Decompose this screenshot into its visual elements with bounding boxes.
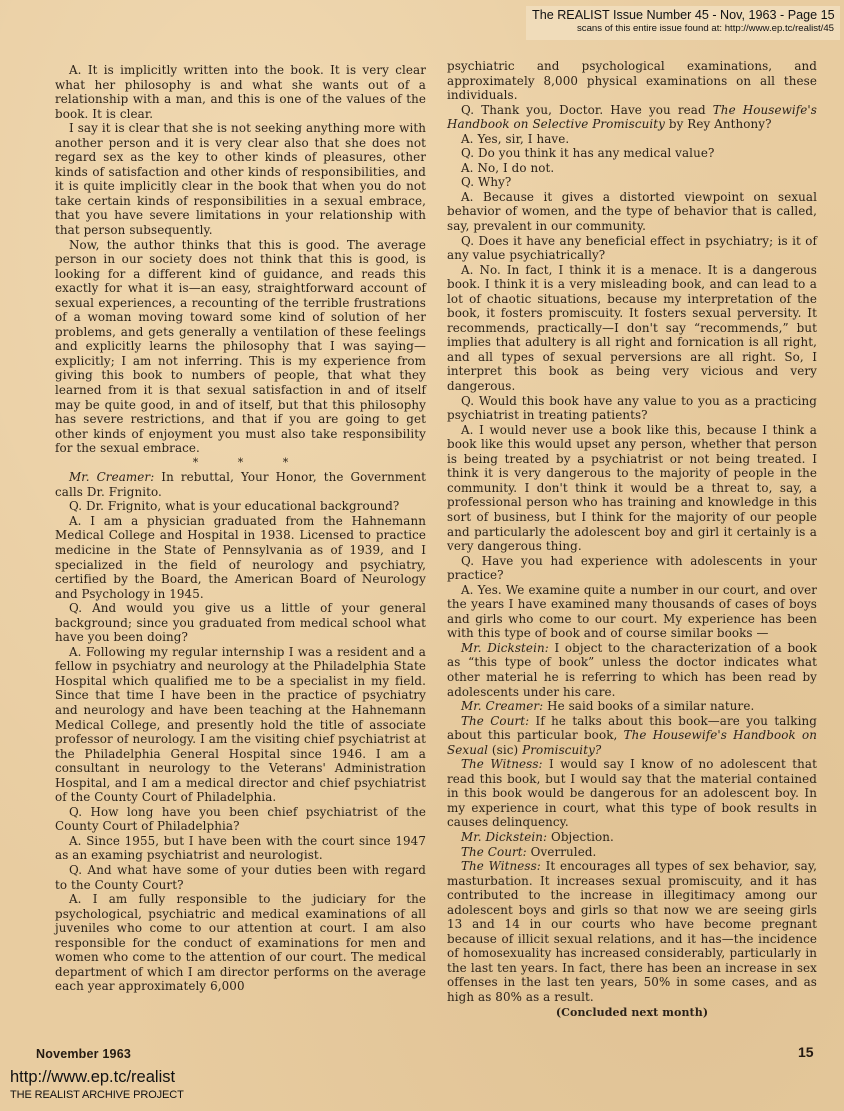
- exchange: Q. Do you think it has any medical value…: [447, 146, 817, 161]
- testimony-court: The Court: If he talks about this book—a…: [447, 714, 817, 758]
- question: Q. How long have you been chief psychiat…: [55, 805, 426, 834]
- speaker-label: The Court:: [461, 845, 527, 859]
- exchange: A. No. In fact, I think it is a menace. …: [447, 263, 817, 394]
- archive-url-link[interactable]: http://www.ep.tc/realist: [10, 1068, 175, 1087]
- exchange: A. Yes, sir, I have.: [447, 132, 817, 147]
- issue-header-title: The REALIST Issue Number 45 - Nov, 1963 …: [532, 8, 834, 23]
- speaker-label: The Court:: [461, 714, 529, 728]
- left-column: A. It is implicitly written into the boo…: [55, 63, 426, 994]
- issue-header-subtitle: scans of this entire issue found at: htt…: [532, 23, 834, 35]
- exchange: A. Because it gives a distorted viewpoin…: [447, 190, 817, 234]
- testimony-witness: The Witness: It encourages all types of …: [447, 859, 817, 1004]
- answer: A. I am fully responsible to the judicia…: [55, 892, 426, 994]
- answer: A. Following my regular internship I was…: [55, 645, 426, 805]
- testimony-court-ruling: The Court: Overruled.: [447, 845, 817, 860]
- paragraph: A. It is implicitly written into the boo…: [55, 63, 426, 121]
- archive-project-name: THE REALIST ARCHIVE PROJECT: [10, 1089, 184, 1101]
- concluded-notice: (Concluded next month): [447, 1005, 817, 1020]
- question: Q. And would you give us a little of you…: [55, 601, 426, 645]
- speaker-label: Mr. Dickstein:: [461, 830, 547, 844]
- exchange: Q. Have you had experience with adolesce…: [447, 554, 817, 583]
- testimony-dickstein-objection: Mr. Dickstein: I object to the character…: [447, 641, 817, 699]
- testimony-creamer-rebuttal: Mr. Creamer: In rebuttal, Your Honor, th…: [55, 470, 426, 499]
- question: Q. And what have some of your duties bee…: [55, 863, 426, 892]
- exchange: Q. Would this book have any value to you…: [447, 394, 817, 423]
- question: Q. Thank you, Doctor. Have you read The …: [447, 103, 817, 132]
- exchange: Q. Does it have any beneficial effect in…: [447, 234, 817, 263]
- testimony-witness: The Witness: I would say I know of no ad…: [447, 757, 817, 830]
- continuation-paragraph: psychiatric and psychological examinatio…: [447, 59, 817, 103]
- speaker-label: Mr. Creamer:: [461, 699, 543, 713]
- answer: A. Since 1955, but I have been with the …: [55, 834, 426, 863]
- issue-header-box: The REALIST Issue Number 45 - Nov, 1963 …: [526, 6, 840, 40]
- footer-page-number: 15: [798, 1044, 814, 1060]
- book-title: Promiscuity?: [522, 743, 601, 757]
- speaker-label: The Witness:: [461, 757, 543, 771]
- speaker-label: Mr. Creamer:: [69, 470, 154, 484]
- exchange: Q. Why?: [447, 175, 817, 190]
- question: Q. Dr. Frignito, what is your educationa…: [55, 499, 426, 514]
- exchange: A. Yes. We examine quite a number in our…: [447, 583, 817, 641]
- exchange: A. No, I do not.: [447, 161, 817, 176]
- footer-issue-month: November 1963: [36, 1047, 131, 1061]
- speaker-label: Mr. Dickstein:: [461, 641, 549, 655]
- speaker-label: The Witness:: [461, 859, 541, 873]
- right-column: psychiatric and psychological examinatio…: [447, 59, 817, 1020]
- answer: A. I am a physician graduated from the H…: [55, 514, 426, 601]
- testimony-dickstein-objection: Mr. Dickstein: Objection.: [447, 830, 817, 845]
- paragraph: Now, the author thinks that this is good…: [55, 238, 426, 456]
- section-separator: * * *: [55, 456, 426, 471]
- exchange: A. I would never use a book like this, b…: [447, 423, 817, 554]
- paragraph: I say it is clear that she is not seekin…: [55, 121, 426, 237]
- testimony-creamer: Mr. Creamer: He said books of a similar …: [447, 699, 817, 714]
